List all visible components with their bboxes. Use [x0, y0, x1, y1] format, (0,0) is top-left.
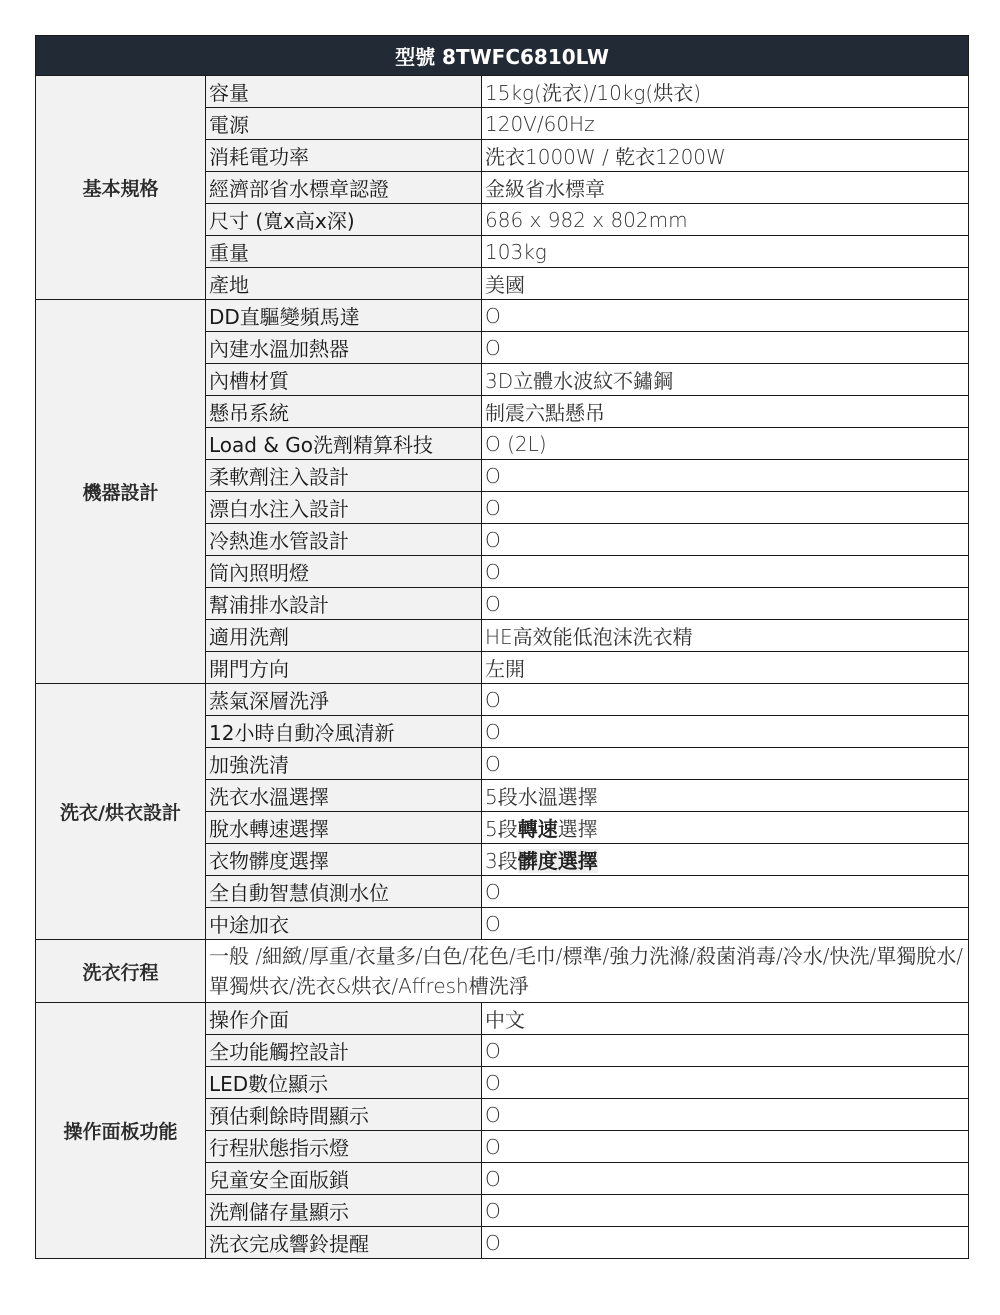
spec-label: 尺寸 (寬x高x深) — [206, 204, 482, 236]
spec-label: 漂白水注入設計 — [206, 492, 482, 524]
value-suffix: 選擇 — [558, 817, 598, 841]
spec-label: 消耗電功率 — [206, 140, 482, 172]
category-wash-programs: 洗衣行程 — [36, 940, 206, 1003]
spec-value: O — [482, 1131, 969, 1163]
spec-label: Load & Go洗劑精算科技 — [206, 428, 482, 460]
spec-value: O — [482, 1035, 969, 1067]
table-row: 機器設計 DD直驅變頻馬達 O — [36, 300, 969, 332]
spec-label: 加強洗清 — [206, 748, 482, 780]
spec-value: O — [482, 556, 969, 588]
spec-label: 柔軟劑注入設計 — [206, 460, 482, 492]
category-control-panel: 操作面板功能 — [36, 1003, 206, 1259]
spec-value: 15kg(洗衣)/10kg(烘衣) — [482, 76, 969, 108]
spec-label: 產地 — [206, 268, 482, 300]
spec-value: 制震六點懸吊 — [482, 396, 969, 428]
model-title: 型號 8TWFC6810LW — [36, 36, 969, 76]
spec-value: O — [482, 332, 969, 364]
spec-value: 3D立體水波紋不鏽鋼 — [482, 364, 969, 396]
spec-value: O — [482, 748, 969, 780]
spec-value: O — [482, 1067, 969, 1099]
spec-value: O — [482, 908, 969, 940]
spec-value: 3段髒度選擇 — [482, 844, 969, 876]
spec-value: 左開 — [482, 652, 969, 684]
spec-label: 懸吊系統 — [206, 396, 482, 428]
spec-label: 預估剩餘時間顯示 — [206, 1099, 482, 1131]
spec-label: 洗劑儲存量顯示 — [206, 1195, 482, 1227]
value-emphasis: 轉速 — [518, 817, 558, 841]
table-row: 操作面板功能 操作介面 中文 — [36, 1003, 969, 1035]
spec-value: O — [482, 492, 969, 524]
spec-value: O — [482, 876, 969, 908]
spec-label: 容量 — [206, 76, 482, 108]
spec-value: 美國 — [482, 268, 969, 300]
spec-label: 內槽材質 — [206, 364, 482, 396]
spec-value: O — [482, 1227, 969, 1259]
spec-value: 120V/60Hz — [482, 108, 969, 140]
spec-label: 衣物髒度選擇 — [206, 844, 482, 876]
spec-value: O — [482, 684, 969, 716]
spec-value: 103kg — [482, 236, 969, 268]
spec-label: 兒童安全面版鎖 — [206, 1163, 482, 1195]
programs-list: 一般 /細緻/厚重/衣量多/白色/花色/毛巾/標準/強力洗滌/殺菌消毒/冷水/快… — [206, 940, 969, 1003]
category-machine-design: 機器設計 — [36, 300, 206, 684]
spec-label: 操作介面 — [206, 1003, 482, 1035]
spec-value: O — [482, 300, 969, 332]
spec-label: 開門方向 — [206, 652, 482, 684]
table-row: 洗衣行程 一般 /細緻/厚重/衣量多/白色/花色/毛巾/標準/強力洗滌/殺菌消毒… — [36, 940, 969, 1003]
spec-value: 5段水溫選擇 — [482, 780, 969, 812]
spec-label: 電源 — [206, 108, 482, 140]
spec-value: O — [482, 524, 969, 556]
spec-label: LED數位顯示 — [206, 1067, 482, 1099]
spec-value: 金級省水標章 — [482, 172, 969, 204]
spec-value: O — [482, 716, 969, 748]
spec-label: 冷熱進水管設計 — [206, 524, 482, 556]
spec-value: 中文 — [482, 1003, 969, 1035]
value-emphasis: 髒度選擇 — [518, 849, 598, 873]
spec-value: O — [482, 1163, 969, 1195]
spec-label: 洗衣完成響鈴提醒 — [206, 1227, 482, 1259]
spec-label: 蒸氣深層洗淨 — [206, 684, 482, 716]
spec-label: 全功能觸控設計 — [206, 1035, 482, 1067]
table-row: 洗衣/烘衣設計 蒸氣深層洗淨 O — [36, 684, 969, 716]
spec-label: 全自動智慧偵測水位 — [206, 876, 482, 908]
spec-label: 12小時自動冷風清新 — [206, 716, 482, 748]
spec-label: 脫水轉速選擇 — [206, 812, 482, 844]
spec-value: 686 x 982 x 802mm — [482, 204, 969, 236]
spec-value: HE高效能低泡沫洗衣精 — [482, 620, 969, 652]
spec-label: DD直驅變頻馬達 — [206, 300, 482, 332]
spec-label: 洗衣水溫選擇 — [206, 780, 482, 812]
spec-table: 型號 8TWFC6810LW 基本規格 容量 15kg(洗衣)/10kg(烘衣)… — [35, 35, 969, 1259]
value-prefix: 3段 — [485, 849, 518, 873]
spec-label: 適用洗劑 — [206, 620, 482, 652]
title-row: 型號 8TWFC6810LW — [36, 36, 969, 76]
spec-value: 洗衣1000W / 乾衣1200W — [482, 140, 969, 172]
spec-value: O — [482, 1099, 969, 1131]
spec-label: 行程狀態指示燈 — [206, 1131, 482, 1163]
spec-value: 5段轉速選擇 — [482, 812, 969, 844]
spec-label: 幫浦排水設計 — [206, 588, 482, 620]
spec-value: O (2L) — [482, 428, 969, 460]
spec-label: 內建水溫加熱器 — [206, 332, 482, 364]
spec-label: 中途加衣 — [206, 908, 482, 940]
value-prefix: 5段 — [485, 817, 518, 841]
spec-value: O — [482, 588, 969, 620]
spec-label: 經濟部省水標章認證 — [206, 172, 482, 204]
category-wash-dry-design: 洗衣/烘衣設計 — [36, 684, 206, 940]
spec-value: O — [482, 460, 969, 492]
spec-value: O — [482, 1195, 969, 1227]
spec-label: 筒內照明燈 — [206, 556, 482, 588]
category-basic-specs: 基本規格 — [36, 76, 206, 300]
spec-label: 重量 — [206, 236, 482, 268]
table-row: 基本規格 容量 15kg(洗衣)/10kg(烘衣) — [36, 76, 969, 108]
